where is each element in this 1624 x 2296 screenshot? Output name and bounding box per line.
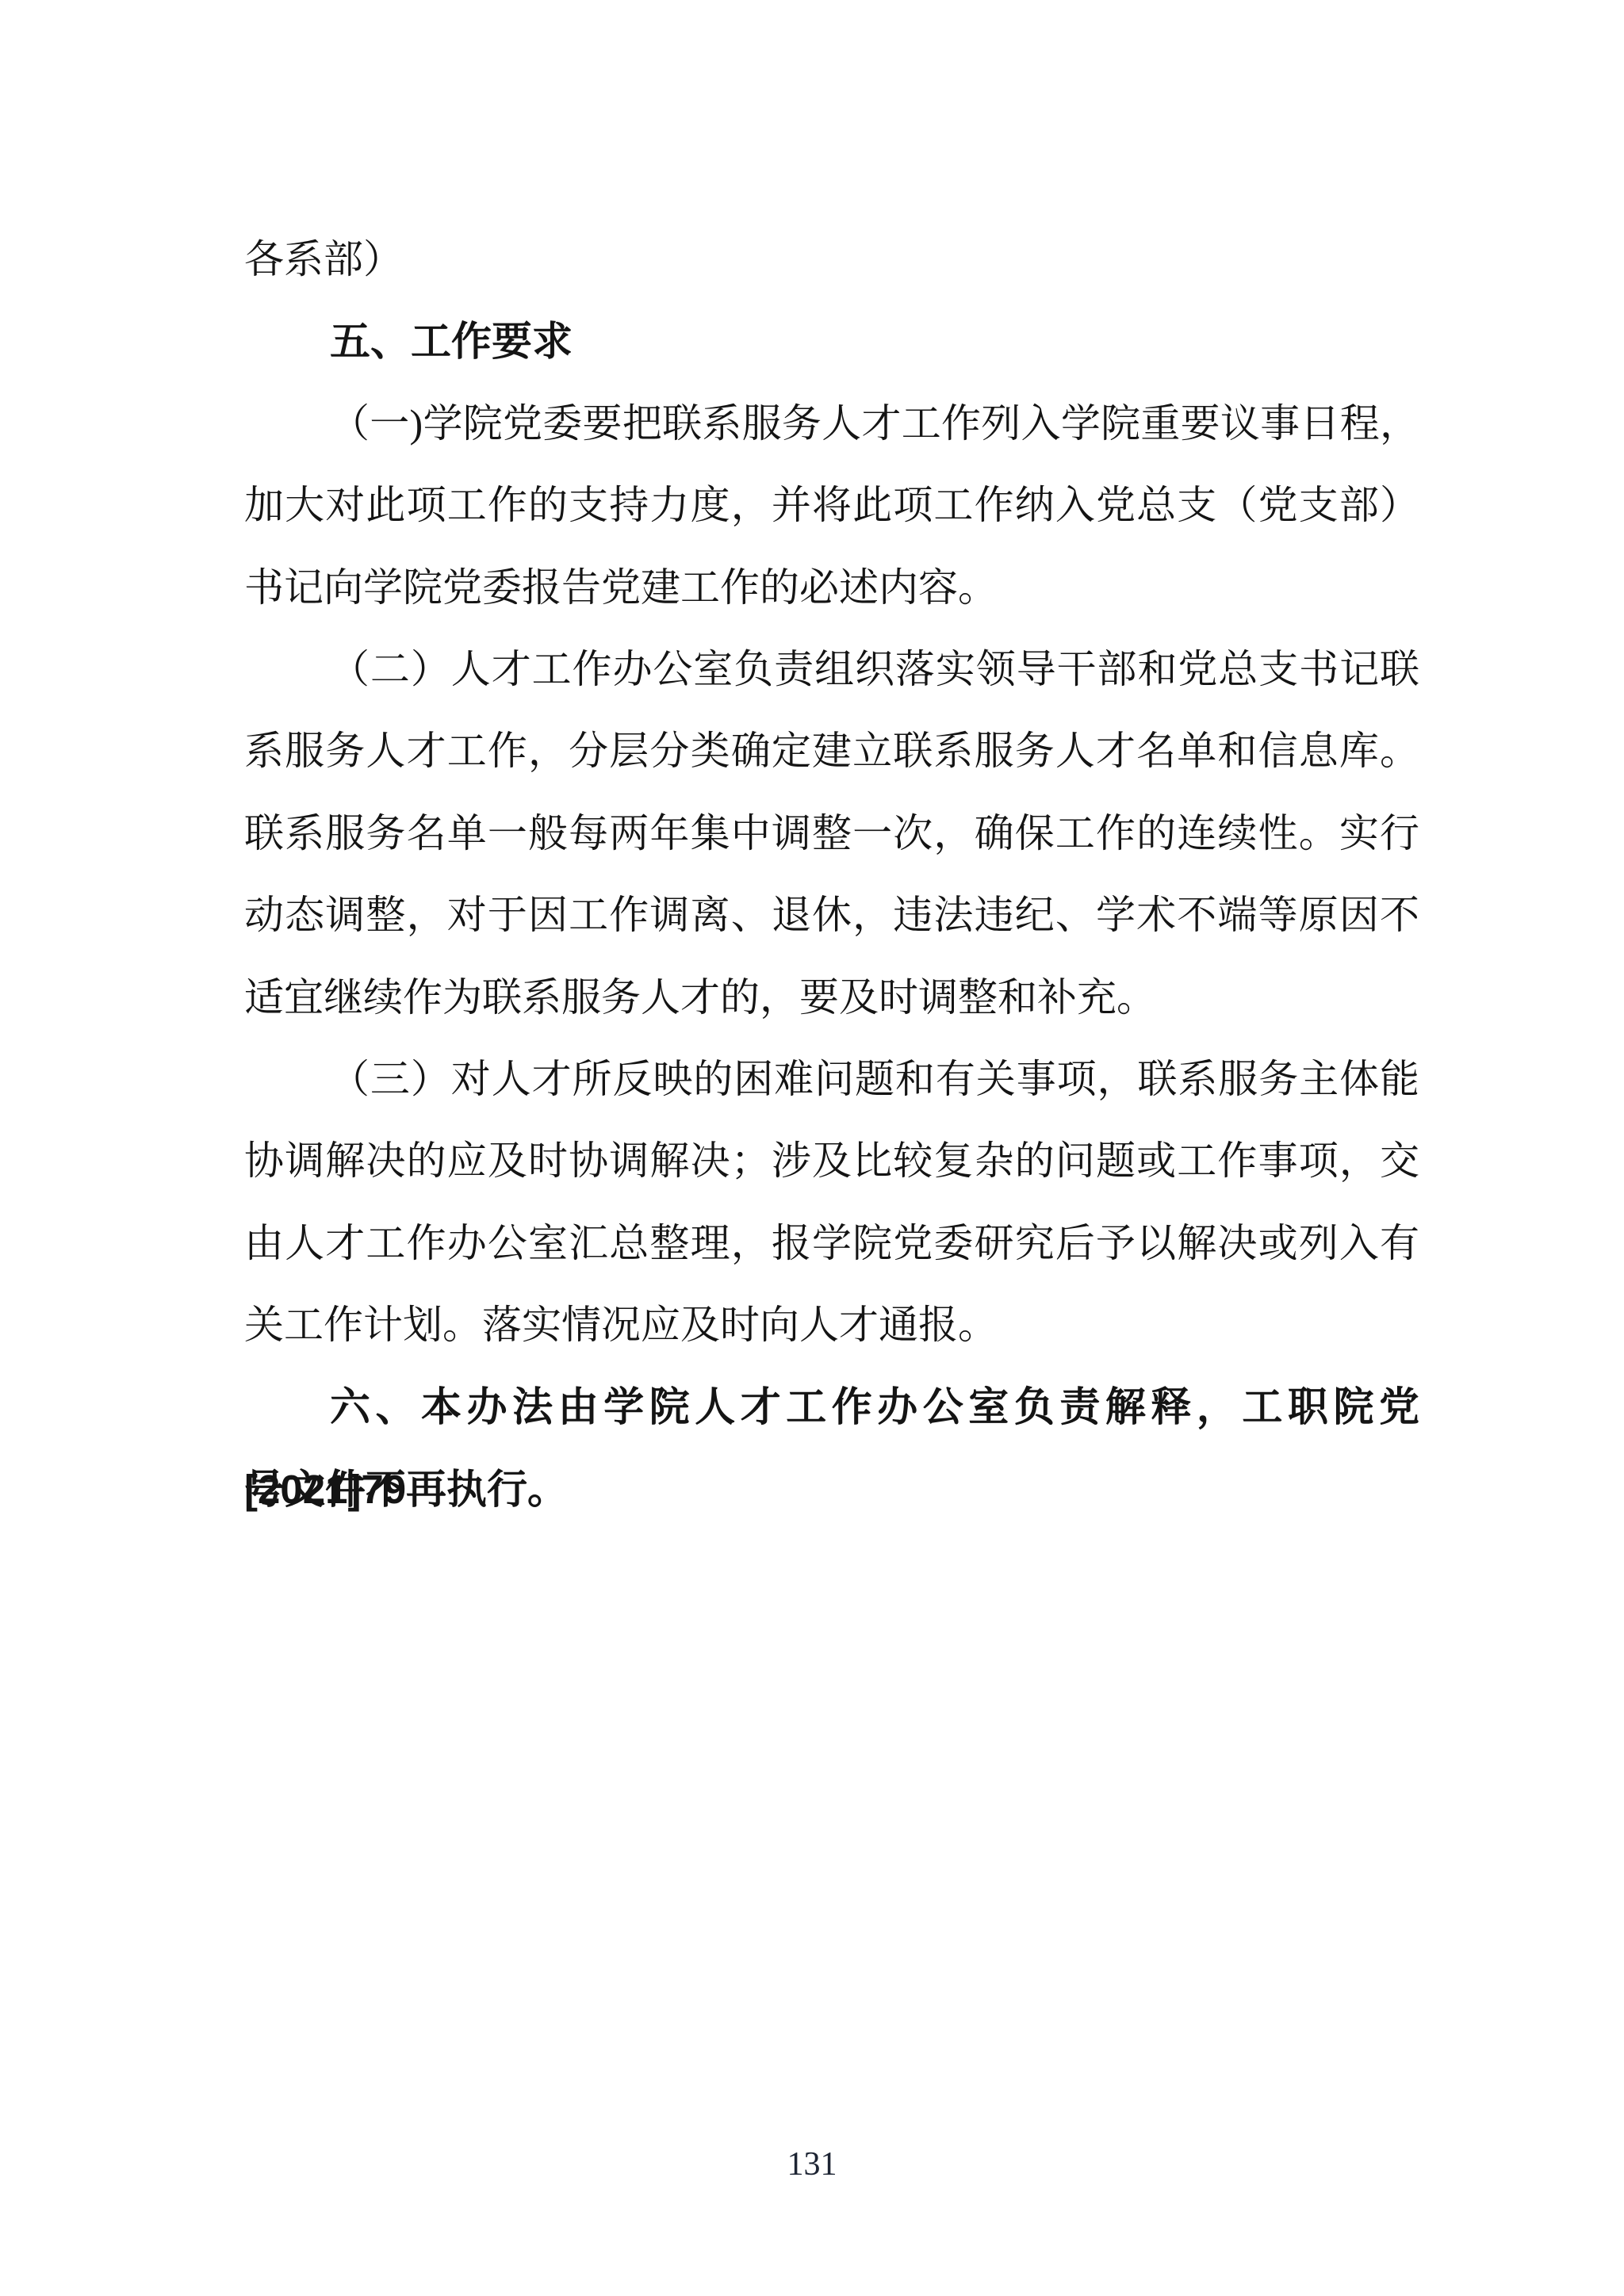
line-10: 适宜继续作为联系服务人才的，要及时调整和补充。 bbox=[244, 957, 1419, 1039]
line-11: （三）对人才所反映的困难问题和有关事项，联系服务主体能 bbox=[244, 1039, 1419, 1120]
line-03: （一)学院党委要把联系服务人才工作列入学院重要议事日程， bbox=[244, 383, 1419, 465]
closing-line-1: 六、本办法由学院人才工作办公室负责解释，工职院党[2021]79 bbox=[244, 1366, 1419, 1448]
closing-line-2: 号文件不再执行。 bbox=[244, 1448, 1419, 1530]
line-01: 各系部） bbox=[244, 219, 1419, 300]
line-05: 书记向学院党委报告党建工作的必述内容。 bbox=[244, 547, 1419, 629]
line-08: 联系服务名单一般每两年集中调整一次，确保工作的连续性。实行 bbox=[244, 793, 1419, 874]
line-13: 由人才工作办公室汇总整理，报学院党委研究后予以解决或列入有 bbox=[244, 1203, 1419, 1284]
text-block: 各系部） 五、工作要求 （一)学院党委要把联系服务人才工作列入学院重要议事日程，… bbox=[244, 219, 1419, 1530]
document-page: 各系部） 五、工作要求 （一)学院党委要把联系服务人才工作列入学院重要议事日程，… bbox=[0, 0, 1624, 2296]
section-5-heading: 五、工作要求 bbox=[244, 300, 1419, 382]
line-06: （二）人才工作办公室负责组织落实领导干部和党总支书记联 bbox=[244, 629, 1419, 710]
line-09: 动态调整，对于因工作调离、退休，违法违纪、学术不端等原因不 bbox=[244, 874, 1419, 956]
line-07: 系服务人才工作，分层分类确定建立联系服务人才名单和信息库。 bbox=[244, 710, 1419, 792]
line-12: 协调解决的应及时协调解决；涉及比较复杂的问题或工作事项，交 bbox=[244, 1120, 1419, 1202]
line-04: 加大对此项工作的支持力度，并将此项工作纳入党总支（党支部） bbox=[244, 465, 1419, 546]
line-14: 关工作计划。落实情况应及时向人才通报。 bbox=[244, 1284, 1419, 1366]
page-number: 131 bbox=[0, 2142, 1624, 2187]
